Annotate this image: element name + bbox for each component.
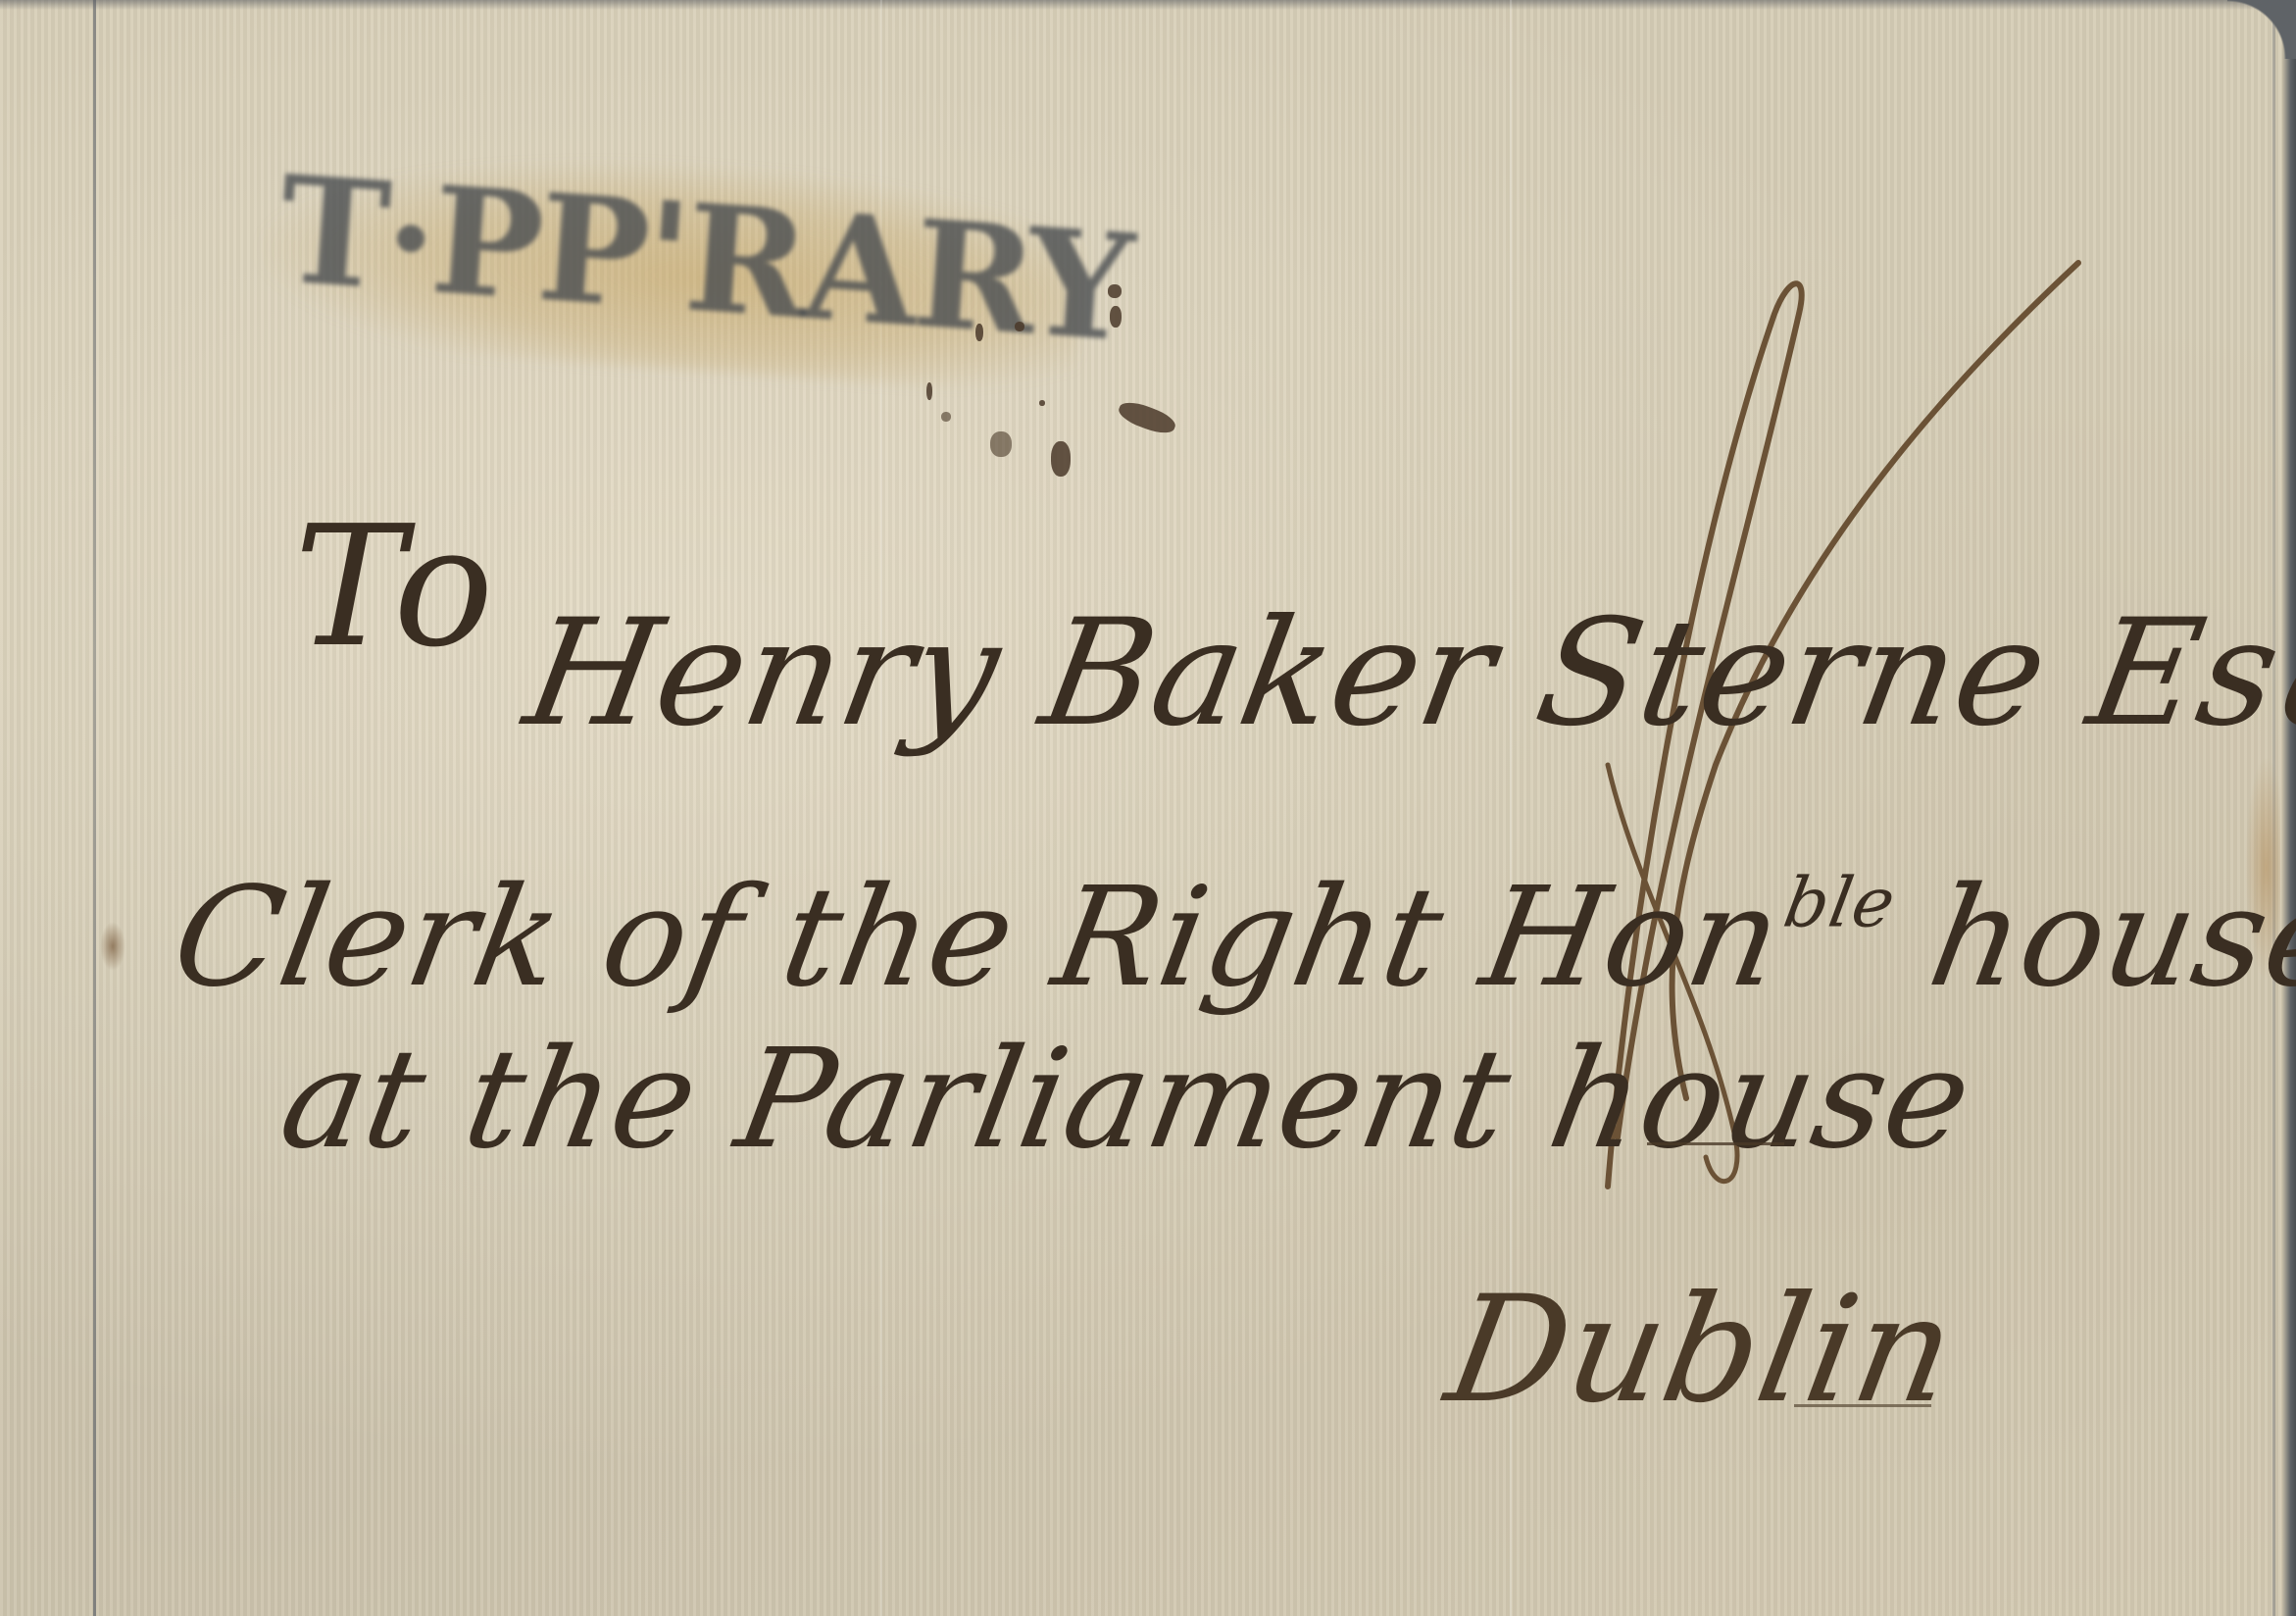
recipient-name: Henry Baker Sterne Esq: [515, 588, 2296, 759]
honble-superscript: ble: [1778, 863, 1902, 943]
top-edge-shadow: [0, 0, 2296, 10]
stain-left-margin: [100, 922, 125, 971]
city-dublin: Dublin: [1436, 1265, 1968, 1436]
location-line: at the Parliament house: [271, 1020, 1983, 1180]
rounded-corner: [2227, 0, 2296, 59]
recipient-title-line: Clerk of the Right Honble house of Lords: [163, 858, 2296, 1018]
city-underline: [1794, 1404, 1931, 1407]
location-underline: [1647, 1142, 1784, 1145]
left-fold-line: [93, 0, 96, 1616]
recipient-name-line: Henry Baker Sterne Esqr: [515, 588, 2296, 759]
salutation-to: To: [294, 490, 495, 684]
ink-spatter: [882, 275, 1274, 480]
right-paper-edge: [2282, 0, 2296, 1616]
letter-cover: T·PP'RARY To Henry Baker Sterne Esqr Cle…: [0, 0, 2296, 1616]
title-line-a: Clerk of the Right Hon: [163, 858, 1793, 1018]
title-line-b: house of Lords: [1874, 858, 2296, 1018]
